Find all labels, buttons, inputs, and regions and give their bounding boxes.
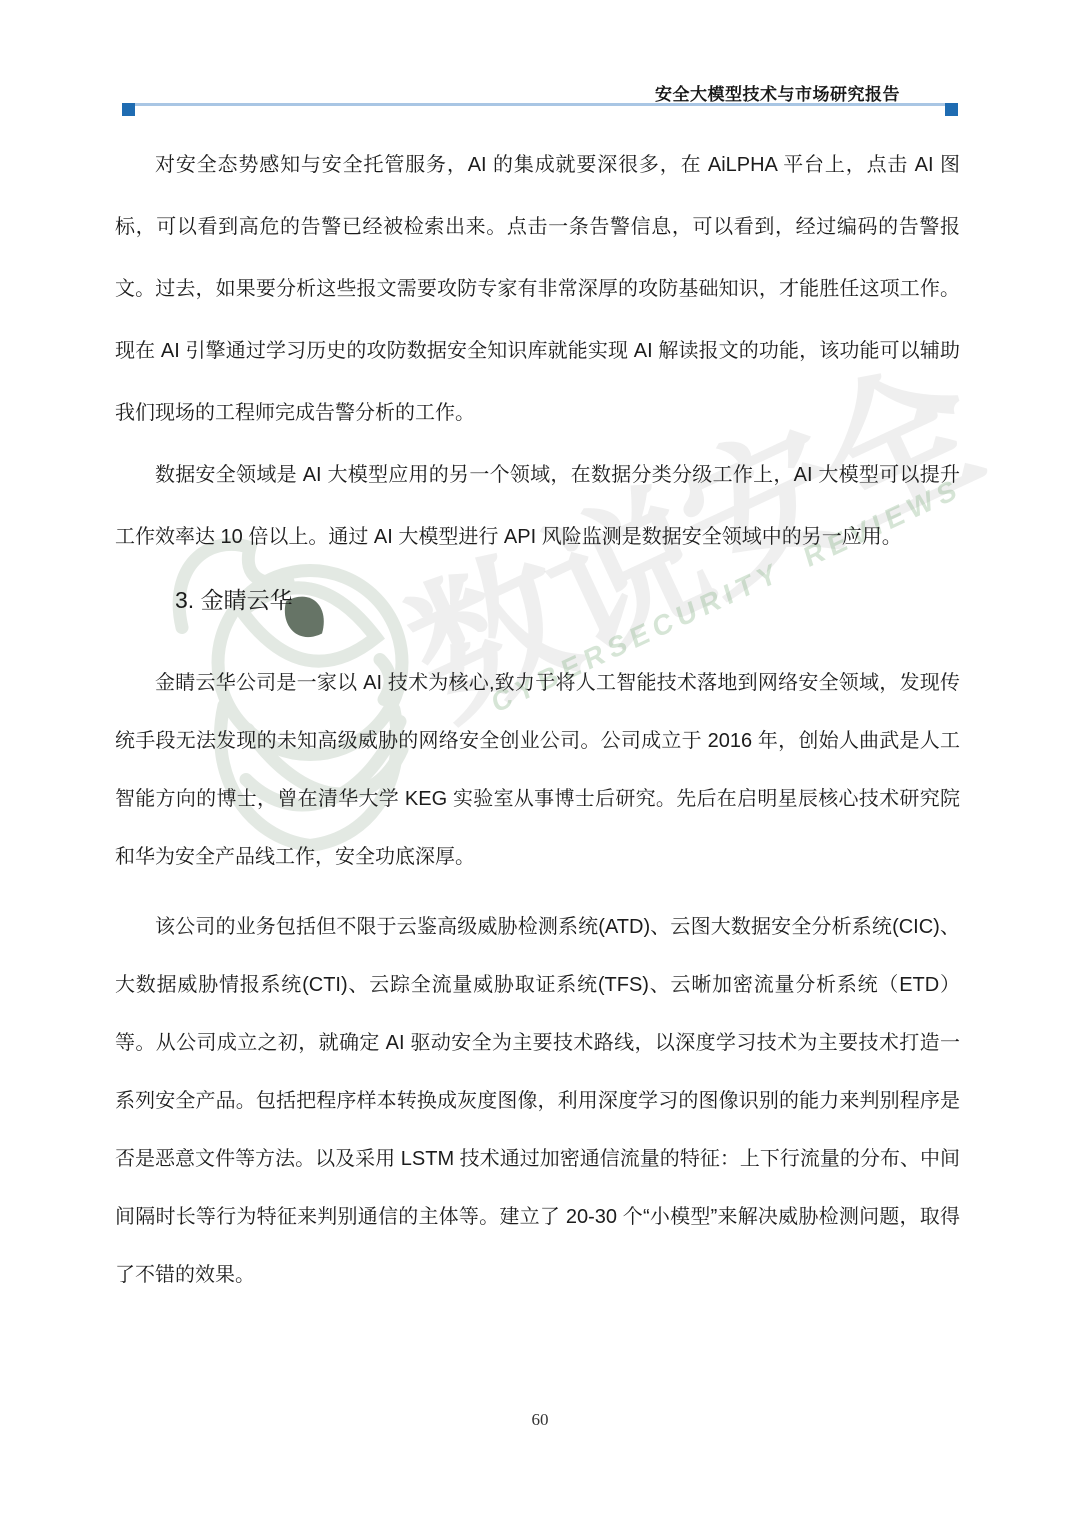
document-body: 对安全态势感知与安全托管服务，AI 的集成就要深很多，在 AiLPHA 平台上，…	[115, 134, 960, 1304]
header-rule	[122, 103, 958, 106]
header-rule-right-square	[945, 103, 958, 116]
paragraph-ailpha: 对安全态势感知与安全托管服务，AI 的集成就要深很多，在 AiLPHA 平台上，…	[115, 134, 960, 444]
header-rule-left-square	[122, 103, 135, 116]
page-number: 60	[0, 1410, 1080, 1430]
paragraph-data-security: 数据安全领域是 AI 大模型应用的另一个领域，在数据分类分级工作上，AI 大模型…	[115, 444, 960, 568]
header-report-title: 安全大模型技术与市场研究报告	[122, 80, 900, 105]
paragraph-company-business: 该公司的业务包括但不限于云鉴高级威胁检测系统(ATD)、云图大数据安全分析系统(…	[115, 898, 960, 1304]
section-heading-jinjing-yunhua: 3. 金睛云华	[115, 578, 960, 622]
document-page: 数说安全 CYBERSECURITY REVIEWS 安全大模型技术与市场研究报…	[0, 0, 1080, 1527]
paragraph-company-intro: 金睛云华公司是一家以 AI 技术为核心,致力于将人工智能技术落地到网络安全领域，…	[115, 654, 960, 886]
